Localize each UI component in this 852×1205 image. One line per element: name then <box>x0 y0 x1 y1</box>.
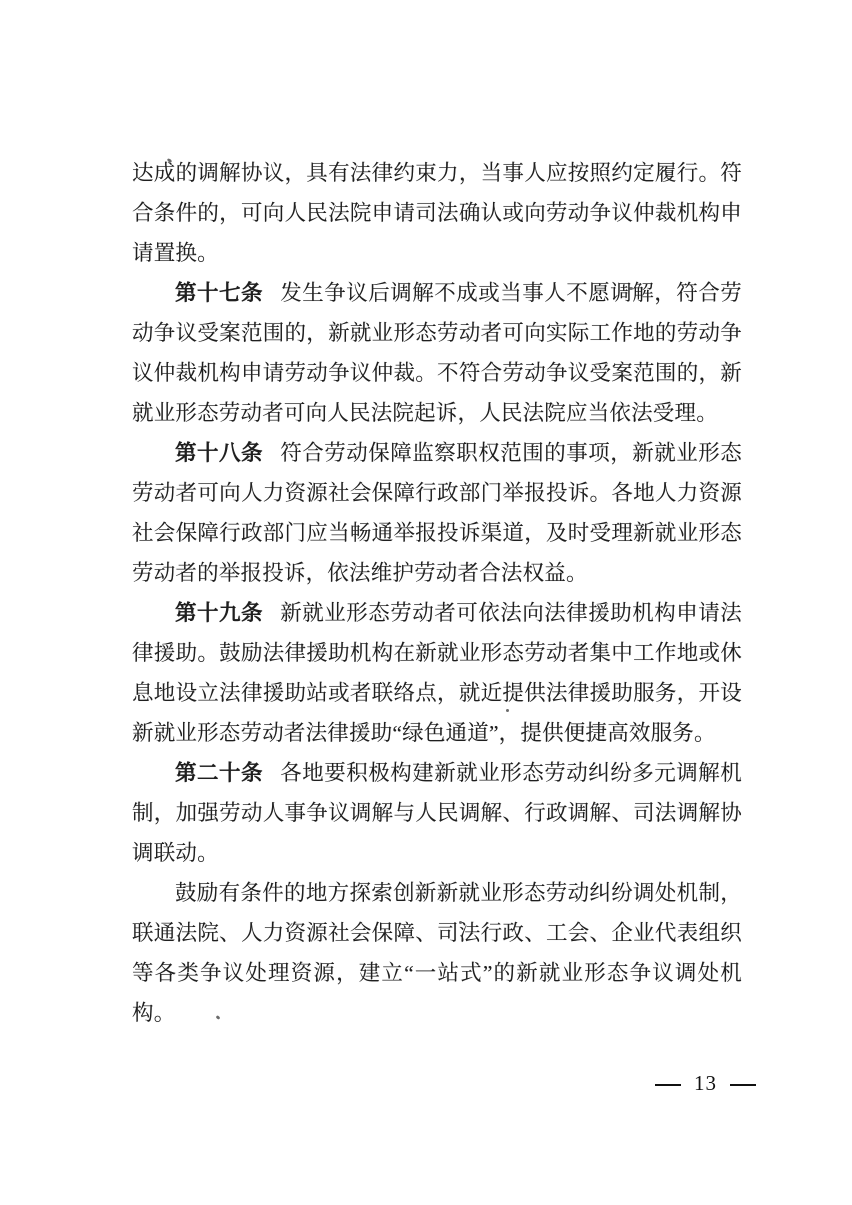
article-19-paragraph: 第十九条新就业形态劳动者可依法向法律援助机构申请法律援助。鼓励法律援助机构在新就… <box>132 593 742 753</box>
scan-speck <box>506 709 509 712</box>
scan-speck <box>629 287 633 290</box>
document-page: 达成的调解协议，具有法律约束力，当事人应按照约定履行。符合条件的，可向人民法院申… <box>0 0 852 1205</box>
scan-speck <box>431 167 434 170</box>
paragraph-text: 达成的调解协议，具有法律约束力，当事人应按照约定履行。符合条件的，可向人民法院申… <box>132 161 742 265</box>
continuation-paragraph: 达成的调解协议，具有法律约束力，当事人应按照约定履行。符合条件的，可向人民法院申… <box>132 153 742 273</box>
article-18-paragraph: 第十八条符合劳动保障监察职权范围的事项，新就业形态劳动者可向人力资源社会保障行政… <box>132 433 742 593</box>
article-19-number: 第十九条 <box>175 601 263 625</box>
scan-speck <box>459 921 462 924</box>
article-20-paragraph: 第二十条各地要积极构建新就业形态劳动纠纷多元调解机制，加强劳动人事争议调解与人民… <box>132 753 742 873</box>
article-18-number: 第十八条 <box>175 441 263 465</box>
body-text-block: 达成的调解协议，具有法律约束力，当事人应按照约定履行。符合条件的，可向人民法院申… <box>132 153 742 1033</box>
article-17-number: 第十七条 <box>175 281 263 305</box>
page-footer: 13 <box>655 1072 756 1097</box>
page-number: 13 <box>694 1071 717 1096</box>
article-20-number: 第二十条 <box>175 761 263 785</box>
footer-dash-right <box>730 1084 756 1086</box>
article-17-paragraph: 第十七条发生争议后调解不成或当事人不愿调解，符合劳动争议受案范围的，新就业形态劳… <box>132 273 742 433</box>
footer-dash-left <box>655 1084 681 1086</box>
paragraph-text: 鼓励有条件的地方探索创新新就业形态劳动纠纷调处机制，联通法院、人力资源社会保障、… <box>132 881 742 1025</box>
closing-paragraph: 鼓励有条件的地方探索创新新就业形态劳动纠纷调处机制，联通法院、人力资源社会保障、… <box>132 873 742 1033</box>
